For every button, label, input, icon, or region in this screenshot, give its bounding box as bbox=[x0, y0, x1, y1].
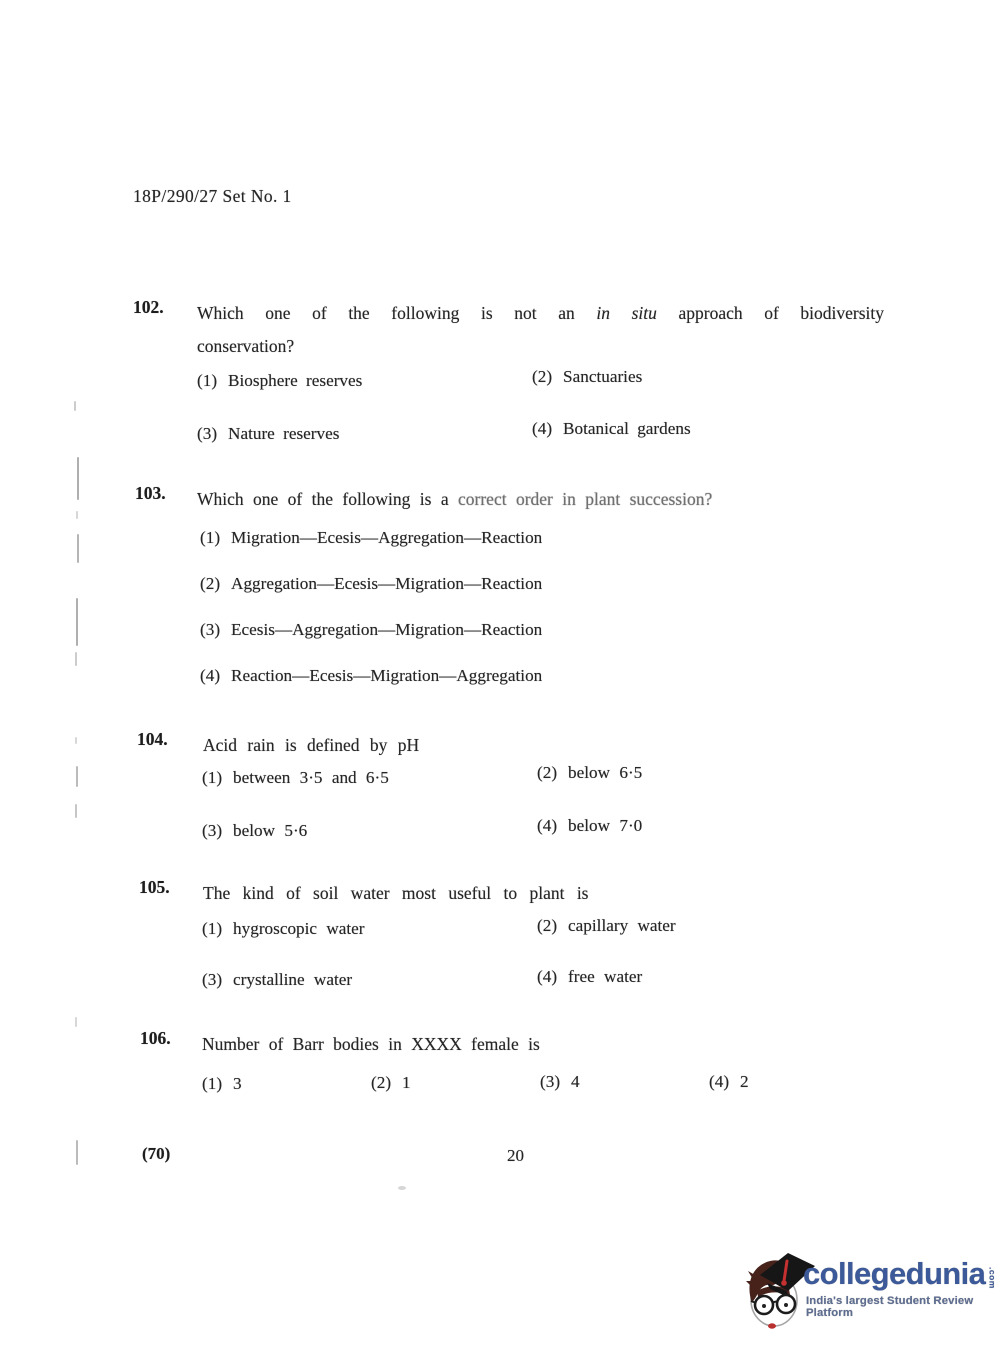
question-text-faded-part: correct order in plant succession? bbox=[458, 489, 712, 509]
option-label: Nature reserves bbox=[228, 424, 339, 443]
option-marker: (1) bbox=[202, 919, 222, 938]
option-label: below 7·0 bbox=[568, 816, 642, 835]
question-102-line1: Which one of the following is not an in … bbox=[197, 297, 884, 330]
question-102-option-1: (1)Biosphere reserves bbox=[197, 371, 362, 391]
question-number: 105. bbox=[139, 877, 203, 898]
question-103: 103. Which one of the following is a cor… bbox=[135, 483, 712, 516]
option-label: below 6·5 bbox=[568, 763, 642, 782]
question-106-option-3: (3)4 bbox=[540, 1072, 580, 1092]
scan-artifact-mark bbox=[75, 737, 77, 744]
option-label: Reaction—Ecesis—Migration—Aggregation bbox=[231, 666, 542, 685]
option-marker: (3) bbox=[200, 620, 220, 639]
question-104-option-3: (3)below 5·6 bbox=[202, 821, 307, 841]
question-104-option-1: (1)between 3·5 and 6·5 bbox=[202, 768, 389, 788]
option-marker: (1) bbox=[200, 528, 220, 547]
scan-artifact-mark bbox=[75, 652, 77, 666]
option-marker: (4) bbox=[537, 967, 557, 986]
question-number: 102. bbox=[133, 297, 197, 318]
question-text-part: Which one of the following is a bbox=[197, 489, 449, 509]
question-number: 103. bbox=[135, 483, 197, 504]
option-label: Botanical gardens bbox=[563, 419, 691, 438]
question-text-part: Which one of the following is not an bbox=[197, 303, 575, 323]
question-106-option-4: (4)2 bbox=[709, 1072, 749, 1092]
option-label: free water bbox=[568, 967, 642, 986]
option-marker: (2) bbox=[371, 1073, 391, 1092]
option-label: 1 bbox=[402, 1073, 411, 1092]
scan-artifact-mark bbox=[76, 511, 78, 519]
option-label: capillary water bbox=[568, 916, 676, 935]
brand-row: collegedunia .com bbox=[803, 1257, 997, 1291]
exam-paper-page: 18P/290/27 Set No. 1 102. Which one of t… bbox=[0, 0, 1001, 1356]
question-106: 106. Number of Barr bodies in XXXX femal… bbox=[140, 1028, 540, 1061]
option-marker: (3) bbox=[202, 970, 222, 989]
question-text: The kind of soil water most useful to pl… bbox=[203, 877, 589, 910]
question-103-option-4: (4)Reaction—Ecesis—Migration—Aggregation bbox=[200, 666, 542, 686]
option-marker: (1) bbox=[202, 768, 222, 787]
option-label: 4 bbox=[571, 1072, 580, 1091]
question-number: 106. bbox=[140, 1028, 202, 1049]
option-marker: (2) bbox=[537, 916, 557, 935]
option-marker: (2) bbox=[537, 763, 557, 782]
collegedunia-logo: collegedunia .com India's largest Studen… bbox=[737, 1243, 999, 1341]
option-marker: (3) bbox=[202, 821, 222, 840]
option-marker: (3) bbox=[540, 1072, 560, 1091]
question-102-line2: conservation? bbox=[197, 330, 884, 363]
question-105-option-2: (2)capillary water bbox=[537, 916, 676, 936]
page-number: 20 bbox=[507, 1146, 524, 1166]
question-103-option-2: (2)Aggregation—Ecesis—Migration—Reaction bbox=[200, 574, 542, 594]
question-102: 102. Which one of the following is not a… bbox=[133, 297, 884, 363]
option-marker: (1) bbox=[197, 371, 217, 390]
question-text-part: approach of biodiversity bbox=[678, 303, 884, 323]
question-105-option-4: (4)free water bbox=[537, 967, 642, 987]
question-104-option-2: (2)below 6·5 bbox=[537, 763, 642, 783]
question-104: 104. Acid rain is defined by pH bbox=[137, 729, 419, 762]
brand-tagline: India's largest Student Review Platform bbox=[806, 1295, 999, 1319]
scan-artifact-mark bbox=[77, 457, 79, 500]
option-marker: (4) bbox=[537, 816, 557, 835]
question-102-option-2: (2)Sanctuaries bbox=[532, 367, 642, 387]
question-105-option-3: (3)crystalline water bbox=[202, 970, 352, 990]
option-label: Aggregation—Ecesis—Migration—Reaction bbox=[231, 574, 542, 593]
option-label: 3 bbox=[233, 1074, 242, 1093]
scan-artifact-mark bbox=[76, 1140, 78, 1165]
booklet-series: (70) bbox=[142, 1144, 170, 1164]
option-marker: (2) bbox=[200, 574, 220, 593]
option-label: between 3·5 and 6·5 bbox=[233, 768, 389, 787]
question-text: Number of Barr bodies in XXXX female is bbox=[202, 1028, 540, 1061]
option-marker: (4) bbox=[200, 666, 220, 685]
scan-artifact-mark bbox=[77, 534, 79, 563]
option-label: Migration—Ecesis—Aggregation—Reaction bbox=[231, 528, 542, 547]
option-marker: (2) bbox=[532, 367, 552, 386]
scan-artifact-mark bbox=[75, 1017, 77, 1027]
option-marker: (4) bbox=[709, 1072, 729, 1091]
option-marker: (3) bbox=[197, 424, 217, 443]
question-106-option-1: (1)3 bbox=[202, 1074, 242, 1094]
scan-artifact-smudge bbox=[398, 1186, 406, 1190]
option-label: hygroscopic water bbox=[233, 919, 364, 938]
option-label: below 5·6 bbox=[233, 821, 307, 840]
option-label: Ecesis—Aggregation—Migration—Reaction bbox=[231, 620, 542, 639]
option-marker: (4) bbox=[532, 419, 552, 438]
option-marker: (1) bbox=[202, 1074, 222, 1093]
question-104-option-4: (4)below 7·0 bbox=[537, 816, 642, 836]
question-105-option-1: (1)hygroscopic water bbox=[202, 919, 365, 939]
question-102-option-4: (4)Botanical gardens bbox=[532, 419, 691, 439]
scan-artifact-mark bbox=[76, 766, 78, 787]
question-103-option-3: (3)Ecesis—Aggregation—Migration—Reaction bbox=[200, 620, 542, 640]
question-102-option-3: (3)Nature reserves bbox=[197, 424, 339, 444]
scan-artifact-mark bbox=[74, 401, 76, 411]
option-label: Biosphere reserves bbox=[228, 371, 362, 390]
question-text: Which one of the following is a correct … bbox=[197, 483, 712, 516]
question-number: 104. bbox=[137, 729, 203, 750]
scan-artifact-mark bbox=[75, 804, 77, 818]
paper-code: 18P/290/27 Set No. 1 bbox=[133, 186, 292, 207]
question-105: 105. The kind of soil water most useful … bbox=[139, 877, 589, 910]
question-text: Acid rain is defined by pH bbox=[203, 729, 419, 762]
option-label: Sanctuaries bbox=[563, 367, 642, 386]
question-text-italic: in situ bbox=[596, 303, 657, 323]
option-label: crystalline water bbox=[233, 970, 352, 989]
question-103-option-1: (1)Migration—Ecesis—Aggregation—Reaction bbox=[200, 528, 542, 548]
scan-artifact-mark bbox=[76, 598, 78, 646]
brand-name: collegedunia bbox=[803, 1257, 985, 1291]
option-label: 2 bbox=[740, 1072, 749, 1091]
question-106-option-2: (2)1 bbox=[371, 1073, 411, 1093]
question-text: Which one of the following is not an in … bbox=[197, 297, 884, 363]
brand-tld: .com bbox=[987, 1267, 997, 1289]
